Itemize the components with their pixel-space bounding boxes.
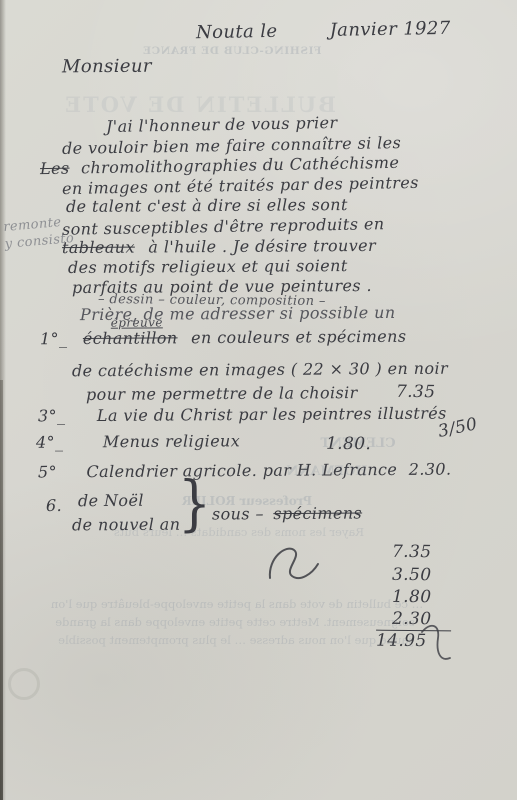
item-4-price: 1.80. <box>326 436 371 453</box>
item-6-line-1: de Noël <box>78 493 144 509</box>
item-3-text: La vie du Christ par les peintres illust… <box>97 404 447 425</box>
item-1-price: 7.35 <box>396 384 436 401</box>
item-1-continuation-1: de catéchisme en images ( 22 × 30 ) en n… <box>72 361 448 380</box>
item-1-number: 1°_ <box>40 329 68 348</box>
item-6-note-b: spécimens <box>273 503 362 523</box>
date-written: Janvier 1927 <box>329 18 450 41</box>
body-line-7-struck-word: tableaux <box>62 238 135 258</box>
sum-value-2: 3.50 <box>392 567 432 584</box>
item-1-text: en couleurs et spécimens <box>191 327 406 348</box>
item-6-brace: } <box>178 474 211 534</box>
item-4-text: Menus religieux <box>103 431 240 451</box>
item-1-line: 1°_ épreuve échantillon en couleurs et s… <box>40 329 407 348</box>
item-4-line: 4°_ Menus religieux <box>36 433 240 450</box>
item-4-number: 4°_ <box>36 433 64 452</box>
sum-total-flourish <box>420 618 456 668</box>
body-line-6: sont susceptibles d'être reproduits en <box>62 216 385 238</box>
showthrough-club-name: FISHING-CLUB DE FRANCE <box>128 45 336 57</box>
paraph-flourish <box>258 540 328 586</box>
item-1-word-above: épreuve <box>111 316 163 328</box>
item-5-line: 5° Calendrier agricole. par H. Lefrance … <box>38 462 452 481</box>
item-5-price: 2.30. <box>409 460 452 479</box>
body-line-8: des motifs religieux et qui soient <box>68 258 348 276</box>
body-line-1: J'ai l'honneur de vous prier <box>106 115 338 135</box>
sum-value-3: 1.80 <box>392 589 432 606</box>
item-6-note-a: sous – <box>212 504 264 523</box>
body-line-5: de talent c'est à dire si elles sont <box>66 197 348 215</box>
paper-stain <box>8 668 40 700</box>
letter-scan-page: FISHING-CLUB DE FRANCE BULLETIN DE VOTE … <box>0 0 517 800</box>
body-line-7-text: à l'huile . Je désire trouver <box>148 236 376 257</box>
body-line-7: tableaux à l'huile . Je désire trouver <box>62 238 376 256</box>
body-line-3-struck-word: Les <box>40 159 70 179</box>
item-3-number: 3°_ <box>38 406 66 425</box>
showthrough-bottom-line-2: soigneusement. Mettre cette petite envel… <box>20 615 450 629</box>
body-line-4: en images ont été traités par des peintr… <box>62 175 419 197</box>
salutation: Monsieur <box>62 58 152 77</box>
date-line: Nouta le Janvier 1927 <box>196 20 451 42</box>
item-6-note: sous – spécimens <box>212 505 362 522</box>
item-6-number: 6. <box>46 498 62 514</box>
item-3-line: 3°_ La vie du Christ par les peintres il… <box>38 406 447 425</box>
item-6-line-2: de nouvel an <box>72 517 181 534</box>
sum-value-1: 7.35 <box>392 544 432 561</box>
item-5-text: Calendrier agricole. par H. Lefrance <box>86 460 397 481</box>
item-1-continuation-2: pour me permettre de la choisir <box>86 385 358 403</box>
item-5-number: 5° <box>38 462 57 481</box>
item-1-struck-word: échantillon <box>83 328 178 348</box>
page-left-edge-dark <box>0 380 3 800</box>
item-3-margin-price: 3/50 <box>437 416 479 441</box>
place-written: Nouta le <box>196 21 278 43</box>
